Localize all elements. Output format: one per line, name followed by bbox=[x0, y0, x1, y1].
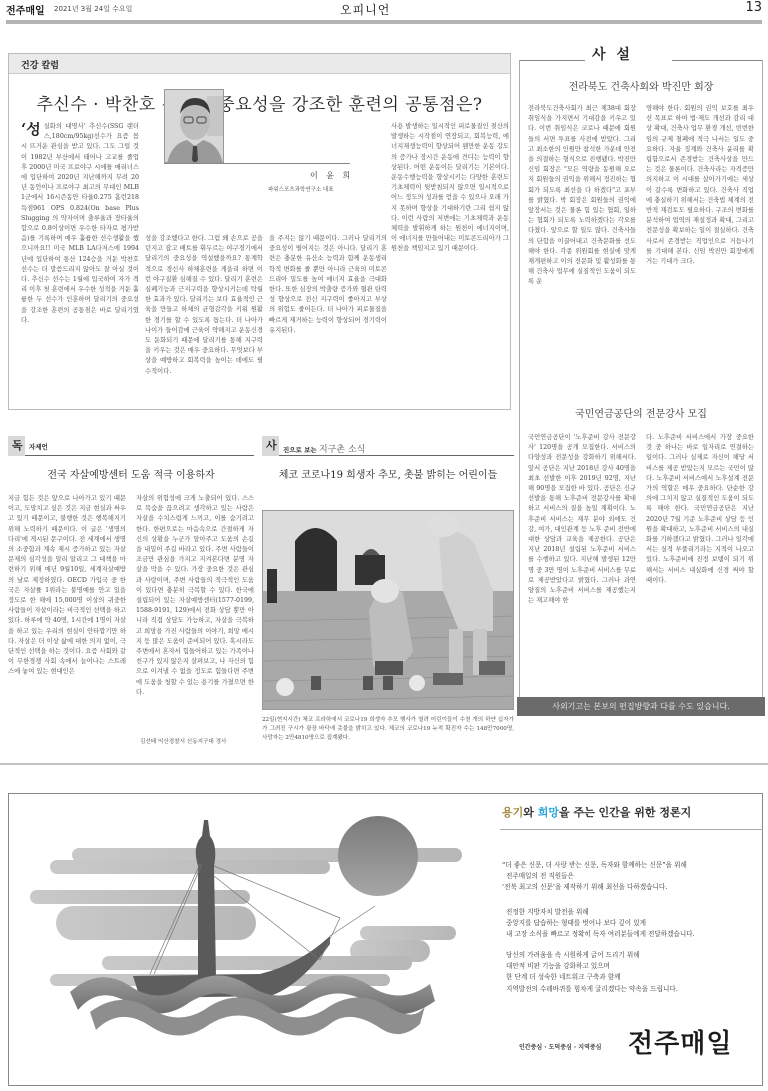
disclaimer-banner: 사외기고는 본보의 편집방향과 다를 수도 있습니다. bbox=[517, 697, 765, 716]
editorial-2-text-2: 다. 노후준비 서비스에서 가장 중요한 것 중 하나는 바로 일자리로 연결하… bbox=[646, 433, 754, 689]
section-title: 오피니언 bbox=[340, 1, 390, 18]
photo-news-cap: 사 bbox=[262, 436, 279, 456]
newspaper-logo: 전주매일 bbox=[6, 2, 45, 17]
author-name: 이 윤 희 bbox=[310, 170, 353, 181]
ship-waves-illustration-icon bbox=[30, 806, 470, 1046]
reader-column-cap: 독 bbox=[8, 436, 25, 456]
photo-news-title: 체코 코로나19 희생자 추모, 촛불 밝히는 어린이들 bbox=[262, 466, 514, 481]
dropcap: ‘성 bbox=[21, 122, 41, 136]
health-column: 건강 칼럼 추신수 · 박찬호 선수가 중요성을 강조한 훈련의 공통점은? ‘… bbox=[8, 53, 511, 410]
editorial-2-text-1: 국민연금공단이 '노후준비 강사 전문강사' 120명을 공개 모집한다. 서비… bbox=[528, 433, 636, 689]
issue-date: 2021년 3월 24일 수요일 bbox=[54, 4, 132, 14]
photo-news-label: 진으로 보는 지구촌 소식 bbox=[283, 442, 365, 455]
health-column-header: 건강 칼럼 bbox=[9, 54, 510, 74]
health-column-label: 건강 칼럼 bbox=[21, 58, 59, 71]
author-portrait bbox=[164, 89, 224, 163]
health-column-text-1: ‘성 실화의 대명사’ 추신수(SSG 랜더스,180cm/95kg)선수가 요… bbox=[21, 122, 139, 407]
ad-paragraph-1: “더 좋은 신문, 더 사랑 받는 신문, 독자와 함께하는 신문”을 위해전주… bbox=[502, 860, 687, 894]
ad-slogan: 용기와 희망을 주는 인간을 위한 정론지 bbox=[502, 804, 691, 820]
ad-motto: 인간중심 · 도덕중심 · 지역중심 bbox=[519, 1042, 601, 1051]
masthead: 전주매일 2021년 3월 24일 수요일 오피니언 13 bbox=[6, 0, 762, 22]
ship-illustration bbox=[30, 806, 470, 1050]
health-column-text-3: 을 주지는 않기 때문이다. 그러나 달리기의 중요성이 떨어지는 것은 아니다… bbox=[269, 234, 387, 407]
person-photo-icon bbox=[165, 90, 224, 163]
editorial-1-text-2: 영해야 한다. 회원의 권익 보호를 최우선 목표로 하여 법·제도 개선과 감… bbox=[646, 104, 754, 390]
author-divider bbox=[164, 163, 350, 164]
ad-paragraph-2: 진정한 지방자치 발전을 위해중앙지를 답습하는 형태를 벗어나 보다 깊이 있… bbox=[506, 907, 695, 941]
reader-byline: 김선태 익산경찰서 신동지구대 경사 bbox=[140, 737, 226, 745]
ad-logo: 전주매일 bbox=[628, 1023, 732, 1060]
photo-caption: 22일(현지시간) 체코 프라하에서 코로나19 희생자 추모 행사가 열려 어… bbox=[262, 716, 514, 744]
reader-column-text-1: 지금 힘든 것은 앞으로 나아가고 있기 때문이고, 도망치고 싶은 것은 지금… bbox=[8, 494, 126, 728]
children-candles-photo-icon bbox=[263, 511, 514, 710]
health-column-text-4: 사용 발생하는 일시적인 피로물질인 젖산의 발생하는 시작점이 연장되고, 회… bbox=[391, 122, 509, 407]
reader-column-title: 전국 자살예방센터 도움 적극 이용하자 bbox=[8, 466, 254, 481]
ad-paragraph-3: 당신의 가려움을 속 시원하게 긁어 드리기 위해대안적 비판 기능을 강화하고… bbox=[506, 950, 678, 995]
editorial-1-text-1: 전라북도건축사회가 최근 제38대 회장 취임식을 가지면서 기대감을 키우고 … bbox=[528, 104, 636, 390]
ad-slogan-rule bbox=[500, 829, 763, 830]
author-organization: 파워스포츠과학연구소 대표 bbox=[268, 185, 334, 193]
editorial-title-1: 전라북도 건축사회와 박진만 회장 bbox=[519, 78, 763, 93]
reader-column-text-2: 자살의 위험성에 크게 노출되어 있다. 스스로 목숨을 끊으려고 생각하고 있… bbox=[136, 494, 254, 728]
editorial-title-2: 국민연금공단의 전문강사 모집 bbox=[519, 405, 763, 420]
page-divider bbox=[0, 763, 768, 765]
health-column-text-2: 성을 강조했다고 한다. 그럼 왜 손으로 공을 던지고 잡고 배트를 휘두르는… bbox=[145, 234, 263, 407]
masthead-rule bbox=[6, 20, 762, 24]
reader-column-header: 독 자제언 bbox=[8, 436, 254, 456]
reader-column-label: 자제언 bbox=[29, 442, 48, 451]
news-photo bbox=[262, 510, 514, 710]
page-number: 13 bbox=[745, 0, 762, 15]
photo-news-header: 사 진으로 보는 지구촌 소식 bbox=[262, 436, 514, 456]
health-column-title: 추신수 · 박찬호 선수가 중요성을 강조한 훈련의 공통점은? bbox=[9, 90, 510, 115]
